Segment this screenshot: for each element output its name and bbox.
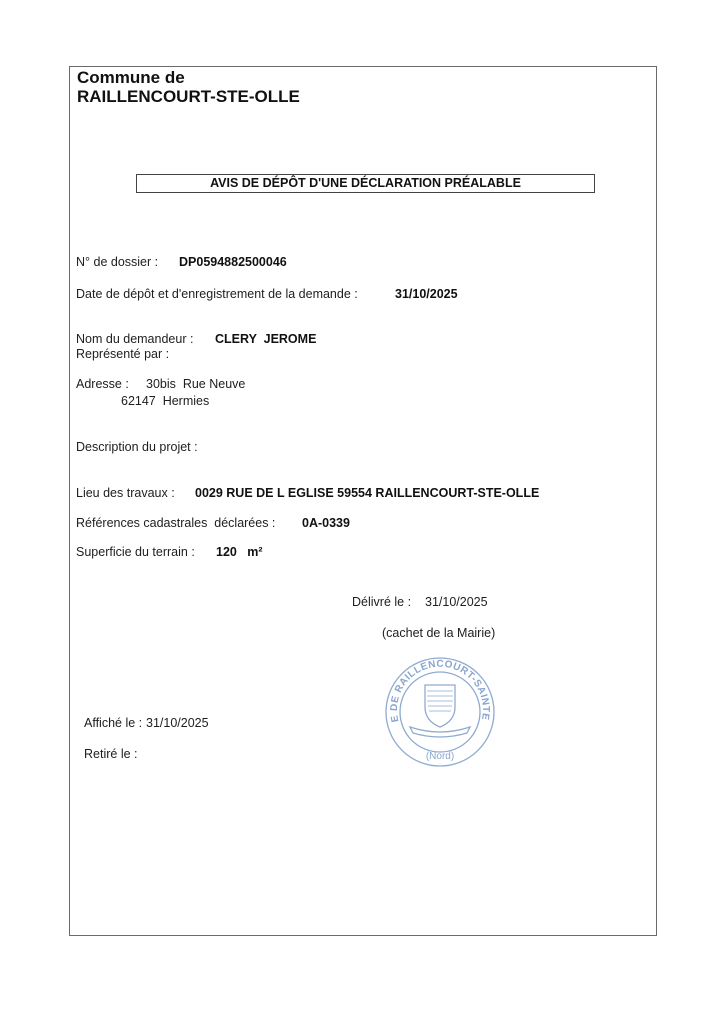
- demandeur-label: Nom du demandeur :: [76, 332, 193, 347]
- commune-name: RAILLENCOURT-STE-OLLE: [77, 87, 300, 106]
- affiche-date: 31/10/2025: [146, 716, 209, 731]
- lieu-value: 0029 RUE DE L EGLISE 59554 RAILLENCOURT-…: [195, 486, 539, 501]
- dossier-label: N° de dossier :: [76, 255, 158, 270]
- cachet-label: (cachet de la Mairie): [382, 626, 495, 641]
- date-depot-value: 31/10/2025: [395, 287, 458, 302]
- cadastre-value: 0A-0339: [302, 516, 350, 531]
- superficie-label: Superficie du terrain :: [76, 545, 195, 560]
- lieu-label: Lieu des travaux :: [76, 486, 175, 501]
- adresse-line1: 30bis Rue Neuve: [146, 377, 245, 392]
- delivre-label: Délivré le :: [352, 595, 411, 610]
- delivre-date: 31/10/2025: [425, 595, 488, 610]
- retire-label: Retiré le :: [84, 747, 138, 762]
- cadastre-label: Références cadastrales déclarées :: [76, 516, 275, 531]
- dossier-number: DP0594882500046: [179, 255, 287, 270]
- document-title: AVIS DE DÉPÔT D'UNE DÉCLARATION PRÉALABL…: [136, 174, 595, 193]
- adresse-label: Adresse :: [76, 377, 129, 392]
- description-label: Description du projet :: [76, 440, 198, 455]
- date-depot-label: Date de dépôt et d'enregistrement de la …: [76, 287, 358, 302]
- document-frame: [69, 66, 657, 936]
- mairie-stamp-icon: MAIRIE DE RAILLENCOURT-SAINTE-OLLE (Nord…: [380, 655, 500, 769]
- svg-text:(Nord): (Nord): [426, 751, 454, 762]
- affiche-label: Affiché le :: [84, 716, 142, 731]
- commune-label: Commune de: [77, 68, 185, 87]
- svg-text:MAIRIE DE RAILLENCOURT-SAINTE-: MAIRIE DE RAILLENCOURT-SAINTE-OLLE: [380, 655, 491, 723]
- represente-label: Représenté par :: [76, 347, 169, 362]
- superficie-value: 120 m²: [216, 545, 263, 560]
- demandeur-name: CLERY JEROME: [215, 332, 316, 347]
- adresse-line2: 62147 Hermies: [121, 394, 209, 409]
